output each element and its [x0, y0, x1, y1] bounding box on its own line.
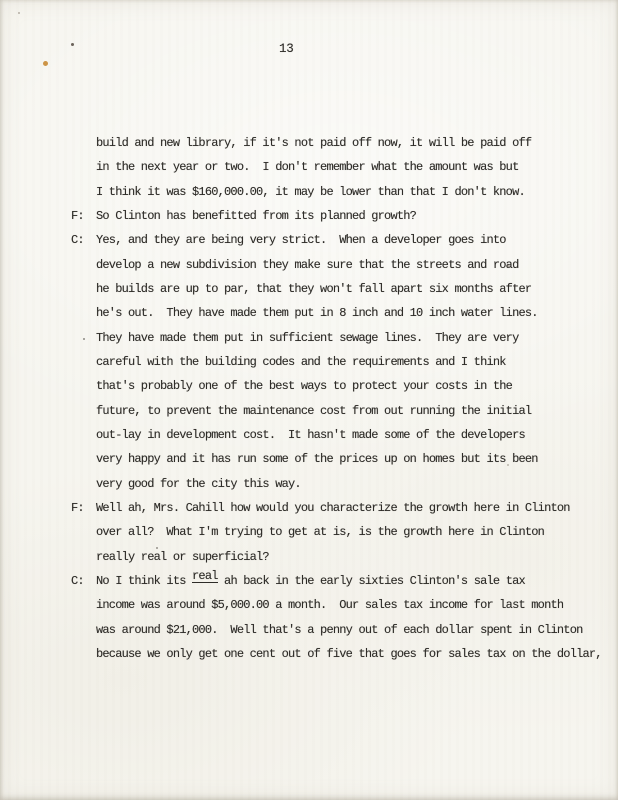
transcript-line: he's out. They have made them put in 8 i…: [96, 301, 591, 325]
page-number: 13: [279, 42, 293, 56]
transcript-line: So Clinton has benefitted from its plann…: [96, 204, 591, 228]
transcript-line: really real or superficial?: [96, 545, 591, 569]
paper-speck: [71, 43, 74, 46]
transcript-paragraph: C:Yes, and they are being very strict. W…: [71, 228, 591, 496]
scanned-document-page: 13 build and new library, if it's not pa…: [0, 0, 618, 800]
paper-speck: [43, 61, 48, 66]
transcript-line: because we only get one cent out of five…: [96, 642, 591, 666]
transcript-line: No I think its real ah back in the early…: [96, 569, 591, 593]
inserted-correction-word: real: [192, 570, 218, 583]
transcript-line: very happy and it has run some of the pr…: [96, 447, 591, 471]
transcript-paragraph: C:No I think its real ah back in the ear…: [71, 569, 591, 666]
transcript-line: Yes, and they are being very strict. Whe…: [96, 228, 591, 252]
transcript-line: he builds are up to par, that they won't…: [96, 277, 591, 301]
transcript-paragraph: F:So Clinton has benefitted from its pla…: [71, 204, 591, 228]
paper-speck: [18, 12, 20, 14]
speaker-label: C:: [71, 228, 84, 252]
transcript-line: build and new library, if it's not paid …: [96, 131, 591, 155]
transcript-line: Well ah, Mrs. Cahill how would you chara…: [96, 496, 591, 520]
transcript-paragraph: build and new library, if it's not paid …: [71, 131, 591, 204]
transcript-line: develop a new subdivision they make sure…: [96, 253, 591, 277]
transcript-paragraph: F:Well ah, Mrs. Cahill how would you cha…: [71, 496, 591, 569]
transcript-line: that's probably one of the best ways to …: [96, 374, 591, 398]
transcript-line: in the next year or two. I don't remembe…: [96, 155, 591, 179]
transcript-line: careful with the building codes and the …: [96, 350, 591, 374]
speaker-label: F:: [71, 496, 84, 520]
transcript-line: I think it was $160,000.00, it may be lo…: [96, 180, 591, 204]
transcript-line: They have made them put in sufficient se…: [96, 326, 591, 350]
transcript-body: build and new library, if it's not paid …: [71, 131, 591, 666]
transcript-line: was around $21,000. Well that's a penny …: [96, 618, 591, 642]
transcript-line: very good for the city this way.: [96, 472, 591, 496]
transcript-line: over all? What I'm trying to get at is, …: [96, 520, 591, 544]
transcript-line: out-lay in development cost. It hasn't m…: [96, 423, 591, 447]
speaker-label: F:: [71, 204, 84, 228]
transcript-line: future, to prevent the maintenance cost …: [96, 399, 591, 423]
speaker-label: C:: [71, 569, 84, 593]
transcript-line: income was around $5,000.00 a month. Our…: [96, 593, 591, 617]
